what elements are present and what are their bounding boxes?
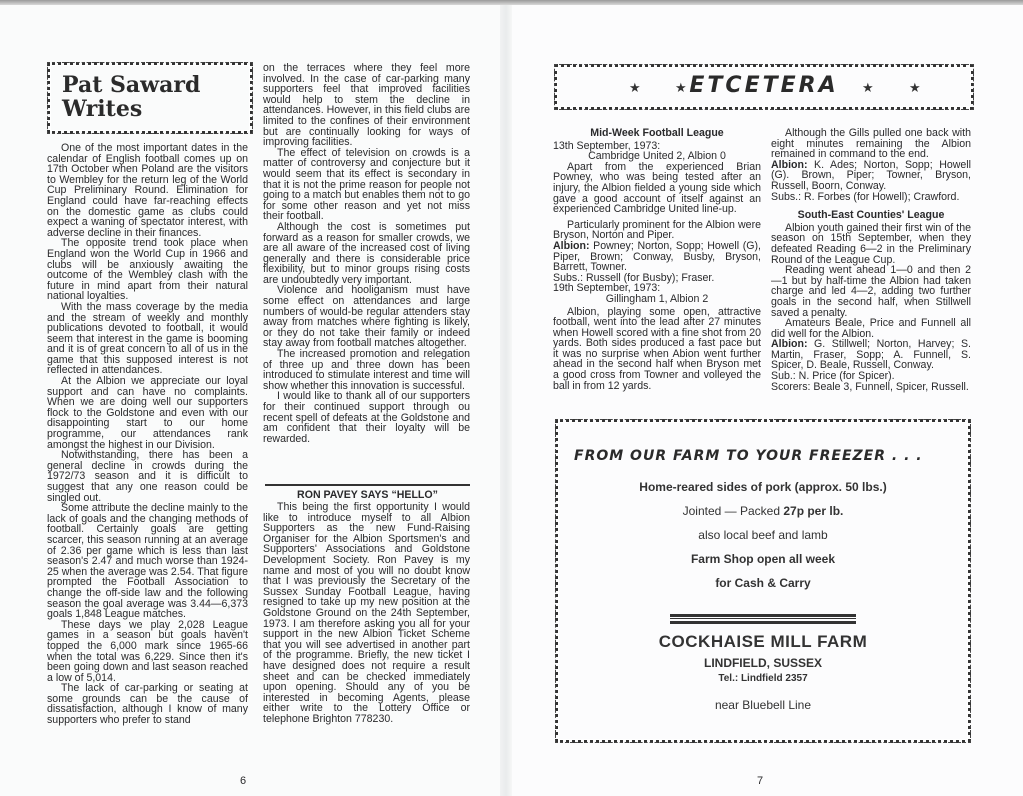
section-heading: South-East Counties' League xyxy=(771,210,971,221)
scorers: Scorers: Beale 3, Funnell, Spicer, Russe… xyxy=(771,382,971,393)
paragraph: Particularly prominent for the Albion we… xyxy=(553,220,761,241)
paragraph: One of the most important dates in the c… xyxy=(47,143,248,238)
star-icon: ★ xyxy=(862,80,874,96)
paragraph: on the terraces where they feel more inv… xyxy=(263,63,470,148)
match-result: Gillingham 1, Albion 2 xyxy=(553,294,761,305)
section-heading: Mid-Week Football League xyxy=(553,128,761,139)
spine-gutter xyxy=(500,5,512,796)
paragraph: At the Albion we appreciate our loyal su… xyxy=(47,376,248,450)
advert-headline: FROM OUR FARM TO YOUR FREEZER . . . xyxy=(574,448,923,464)
paragraph: Amateurs Beale, Price and Funnell all di… xyxy=(771,318,971,339)
paragraph: The effect of television on crowds is a … xyxy=(263,148,470,222)
advert-text: Jointed — Packed xyxy=(683,504,784,518)
paragraph: Although the cost is sometimes put forwa… xyxy=(263,222,470,286)
farm-location: LINDFIELD, SUSSEX xyxy=(558,656,968,670)
page-number-left: 6 xyxy=(240,775,246,787)
advert-line: for Cash & Carry xyxy=(558,576,968,590)
paragraph: I would like to thank all of our support… xyxy=(263,391,470,444)
advert-line: Farm Shop open all week xyxy=(558,552,968,566)
left-column-1: One of the most important dates in the c… xyxy=(47,143,248,726)
farm-name: COCKHAISE MILL FARM xyxy=(558,632,968,652)
right-column: Although the Gills pulled one back with … xyxy=(771,128,971,392)
star-icon: ★ xyxy=(909,80,921,96)
paragraph: The increased promotion and relegation o… xyxy=(263,349,470,391)
paragraph: This being the first opportunity I would… xyxy=(263,502,470,724)
paragraph: Some attribute the decline mainly to the… xyxy=(47,503,248,620)
farm-telephone: Tel.: Lindfield 2357 xyxy=(558,673,968,684)
paragraph: With the mass coverage by the media and … xyxy=(47,302,248,376)
article-title: Pat Saward Writes xyxy=(62,73,200,121)
paragraph: Violence and hooliganism must have some … xyxy=(263,285,470,349)
paragraph: Albion, playing some open, attractive fo… xyxy=(553,307,761,392)
farm-landmark: near Bluebell Line xyxy=(558,698,968,712)
etcetera-banner: ★ ★ ETCETERA ★ ★ xyxy=(554,64,974,110)
team-lineup: Albion: K. Ades; Norton, Sopp; Howell (G… xyxy=(771,160,971,192)
ron-pavey-heading: RON PAVEY SAYS “HELLO” xyxy=(265,489,470,501)
paragraph: Although the Gills pulled one back with … xyxy=(771,128,971,160)
paragraph: Notwithstanding, there has been a genera… xyxy=(47,450,248,503)
title-line-1: Pat Saward xyxy=(62,73,200,97)
substitutes: Subs.: R. Forbes (for Howell); Crawford. xyxy=(771,192,971,203)
ron-pavey-article: This being the first opportunity I would… xyxy=(263,502,470,724)
paragraph: The opposite trend took place when Engla… xyxy=(47,238,248,302)
paragraph: Albion youth gained their first win of t… xyxy=(771,223,971,265)
advert-line: also local beef and lamb xyxy=(558,528,968,542)
team-lineup: Albion: Powney; Norton, Sopp; Howell (G)… xyxy=(553,241,761,273)
midweek-column: Mid-Week Football League 13th September,… xyxy=(553,128,761,391)
title-line-2: Writes xyxy=(62,97,200,121)
team-lineup: Albion: G. Stillwell; Norton, Harvey; S.… xyxy=(771,339,971,371)
paragraph: The lack of car-parking or seating at so… xyxy=(47,683,248,725)
paragraph: These days we play 2,028 League games in… xyxy=(47,620,248,684)
paragraph: Reading went ahead 1—0 and then 2—1 but … xyxy=(771,265,971,318)
section-divider xyxy=(265,484,470,486)
paragraph: Apart from the experienced Brian Powney,… xyxy=(553,162,761,215)
left-column-2: on the terraces where they feel more inv… xyxy=(263,63,470,444)
advert-price: 27p per lb. xyxy=(783,504,843,518)
advert-price-line: Jointed — Packed 27p per lb. xyxy=(558,504,968,518)
triple-rule-divider xyxy=(670,614,856,624)
farm-advert: FROM OUR FARM TO YOUR FREEZER . . . Home… xyxy=(555,419,971,743)
pat-saward-title-box: Pat Saward Writes xyxy=(47,62,253,134)
advert-line: Home-reared sides of pork (approx. 50 lb… xyxy=(558,480,968,494)
page-number-right: 7 xyxy=(757,775,763,787)
